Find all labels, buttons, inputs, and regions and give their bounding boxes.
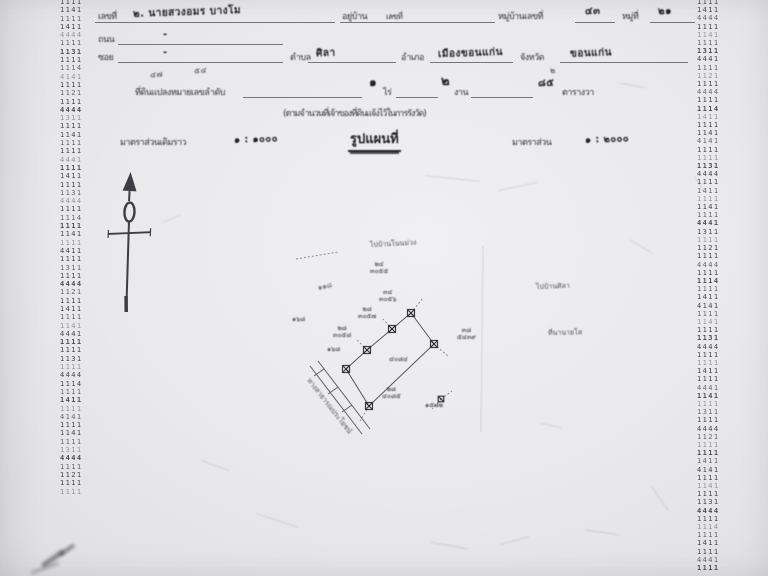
scale-value: ๑ : ๒๐๐๐ bbox=[585, 131, 630, 148]
field-label-tambon: ตำบล bbox=[290, 50, 311, 64]
scale-label: มาตราส่วน bbox=[512, 135, 551, 149]
sketch-number-label: ๒๘๓๐๕๗ bbox=[358, 306, 376, 320]
field-value-amphoe: เมืองขอนแก่น bbox=[438, 45, 503, 62]
field-label-number: เลขที่ bbox=[98, 9, 117, 23]
sketch-number-label: ๑๕๗๒ bbox=[425, 402, 443, 409]
sketch-number-label: ๔๐๘๔ bbox=[389, 356, 408, 363]
field-value-province: ขอนแก่น bbox=[570, 45, 613, 61]
sketch-number-label: ๓๔๓๐๕๖ bbox=[379, 289, 396, 303]
field-unit-rai: ไร่ bbox=[383, 85, 391, 99]
sketch-number-label: ๒๘๔๐๘๕ bbox=[382, 386, 401, 400]
sketch-number-label: ๑๖๘ bbox=[327, 346, 340, 353]
handwritten-mark: ๔๗ bbox=[149, 67, 163, 81]
scale-old-label: มาตราส่วนเดิมราว bbox=[120, 135, 186, 149]
field-value-village-no: ๔๓ bbox=[585, 4, 601, 20]
field-label-province: จังหวัด bbox=[520, 50, 544, 64]
field-value-rai: ๑ bbox=[369, 73, 378, 92]
field-value-road: - bbox=[163, 29, 168, 40]
field-label-amphoe: อำเภอ bbox=[401, 50, 424, 64]
field-label-road: ถนน bbox=[98, 32, 114, 46]
field-label-house: อยู่บ้าน bbox=[342, 9, 367, 23]
handwritten-mark: ๕๔ bbox=[194, 64, 208, 78]
field-value-soi: - bbox=[163, 47, 168, 58]
handwritten-annotation: ที่นานายโส bbox=[548, 327, 582, 339]
sketch-number-label: ๒๔๓๐๕๕ bbox=[370, 261, 388, 275]
sketch-number-label: ๑๖๘ bbox=[292, 316, 305, 323]
field-label-house-no: เลขที่ bbox=[386, 10, 402, 23]
scale-old-value: ๑ : ๑๐๐๐ bbox=[234, 131, 278, 148]
page-title: รูปแผนที่ bbox=[348, 128, 401, 152]
field-value-tambon: ศิลา bbox=[316, 46, 336, 62]
field-label-moo: หมู่ที่ bbox=[622, 9, 638, 23]
field-value-wa-sup: ๒ bbox=[550, 64, 556, 77]
field-label-village-no: หมู่บ้านเลขที่ bbox=[498, 9, 543, 23]
field-value-ngan: ๒ bbox=[441, 70, 451, 91]
scanned-document-page: 1111114111111411444411111131111111144141… bbox=[0, 0, 768, 576]
field-label-parcel: ที่ดินแปลงหมายเลขลำดับ bbox=[135, 85, 225, 99]
sketch-number-label: ๒๘๓๐๕๘ bbox=[333, 325, 351, 339]
north-arrow-icon bbox=[104, 171, 153, 313]
field-value-wa: ๘๕ bbox=[538, 76, 555, 92]
paper-crease bbox=[481, 246, 483, 432]
sketch-number-label: ๓๘๕๔๓๙ bbox=[457, 327, 476, 341]
field-unit-wa: ตารางวา bbox=[562, 85, 594, 99]
field-value-moo: ๒๑ bbox=[658, 4, 672, 19]
handwritten-annotation: ไปบ้านศิลา bbox=[536, 281, 570, 293]
parenthetical-note: (ตามจำนวนที่เจ้าของที่ดินแจ้งไว้ในการรัง… bbox=[283, 106, 426, 120]
field-label-soi: ซอย bbox=[98, 50, 113, 64]
field-unit-ngan: งาน bbox=[454, 85, 468, 99]
